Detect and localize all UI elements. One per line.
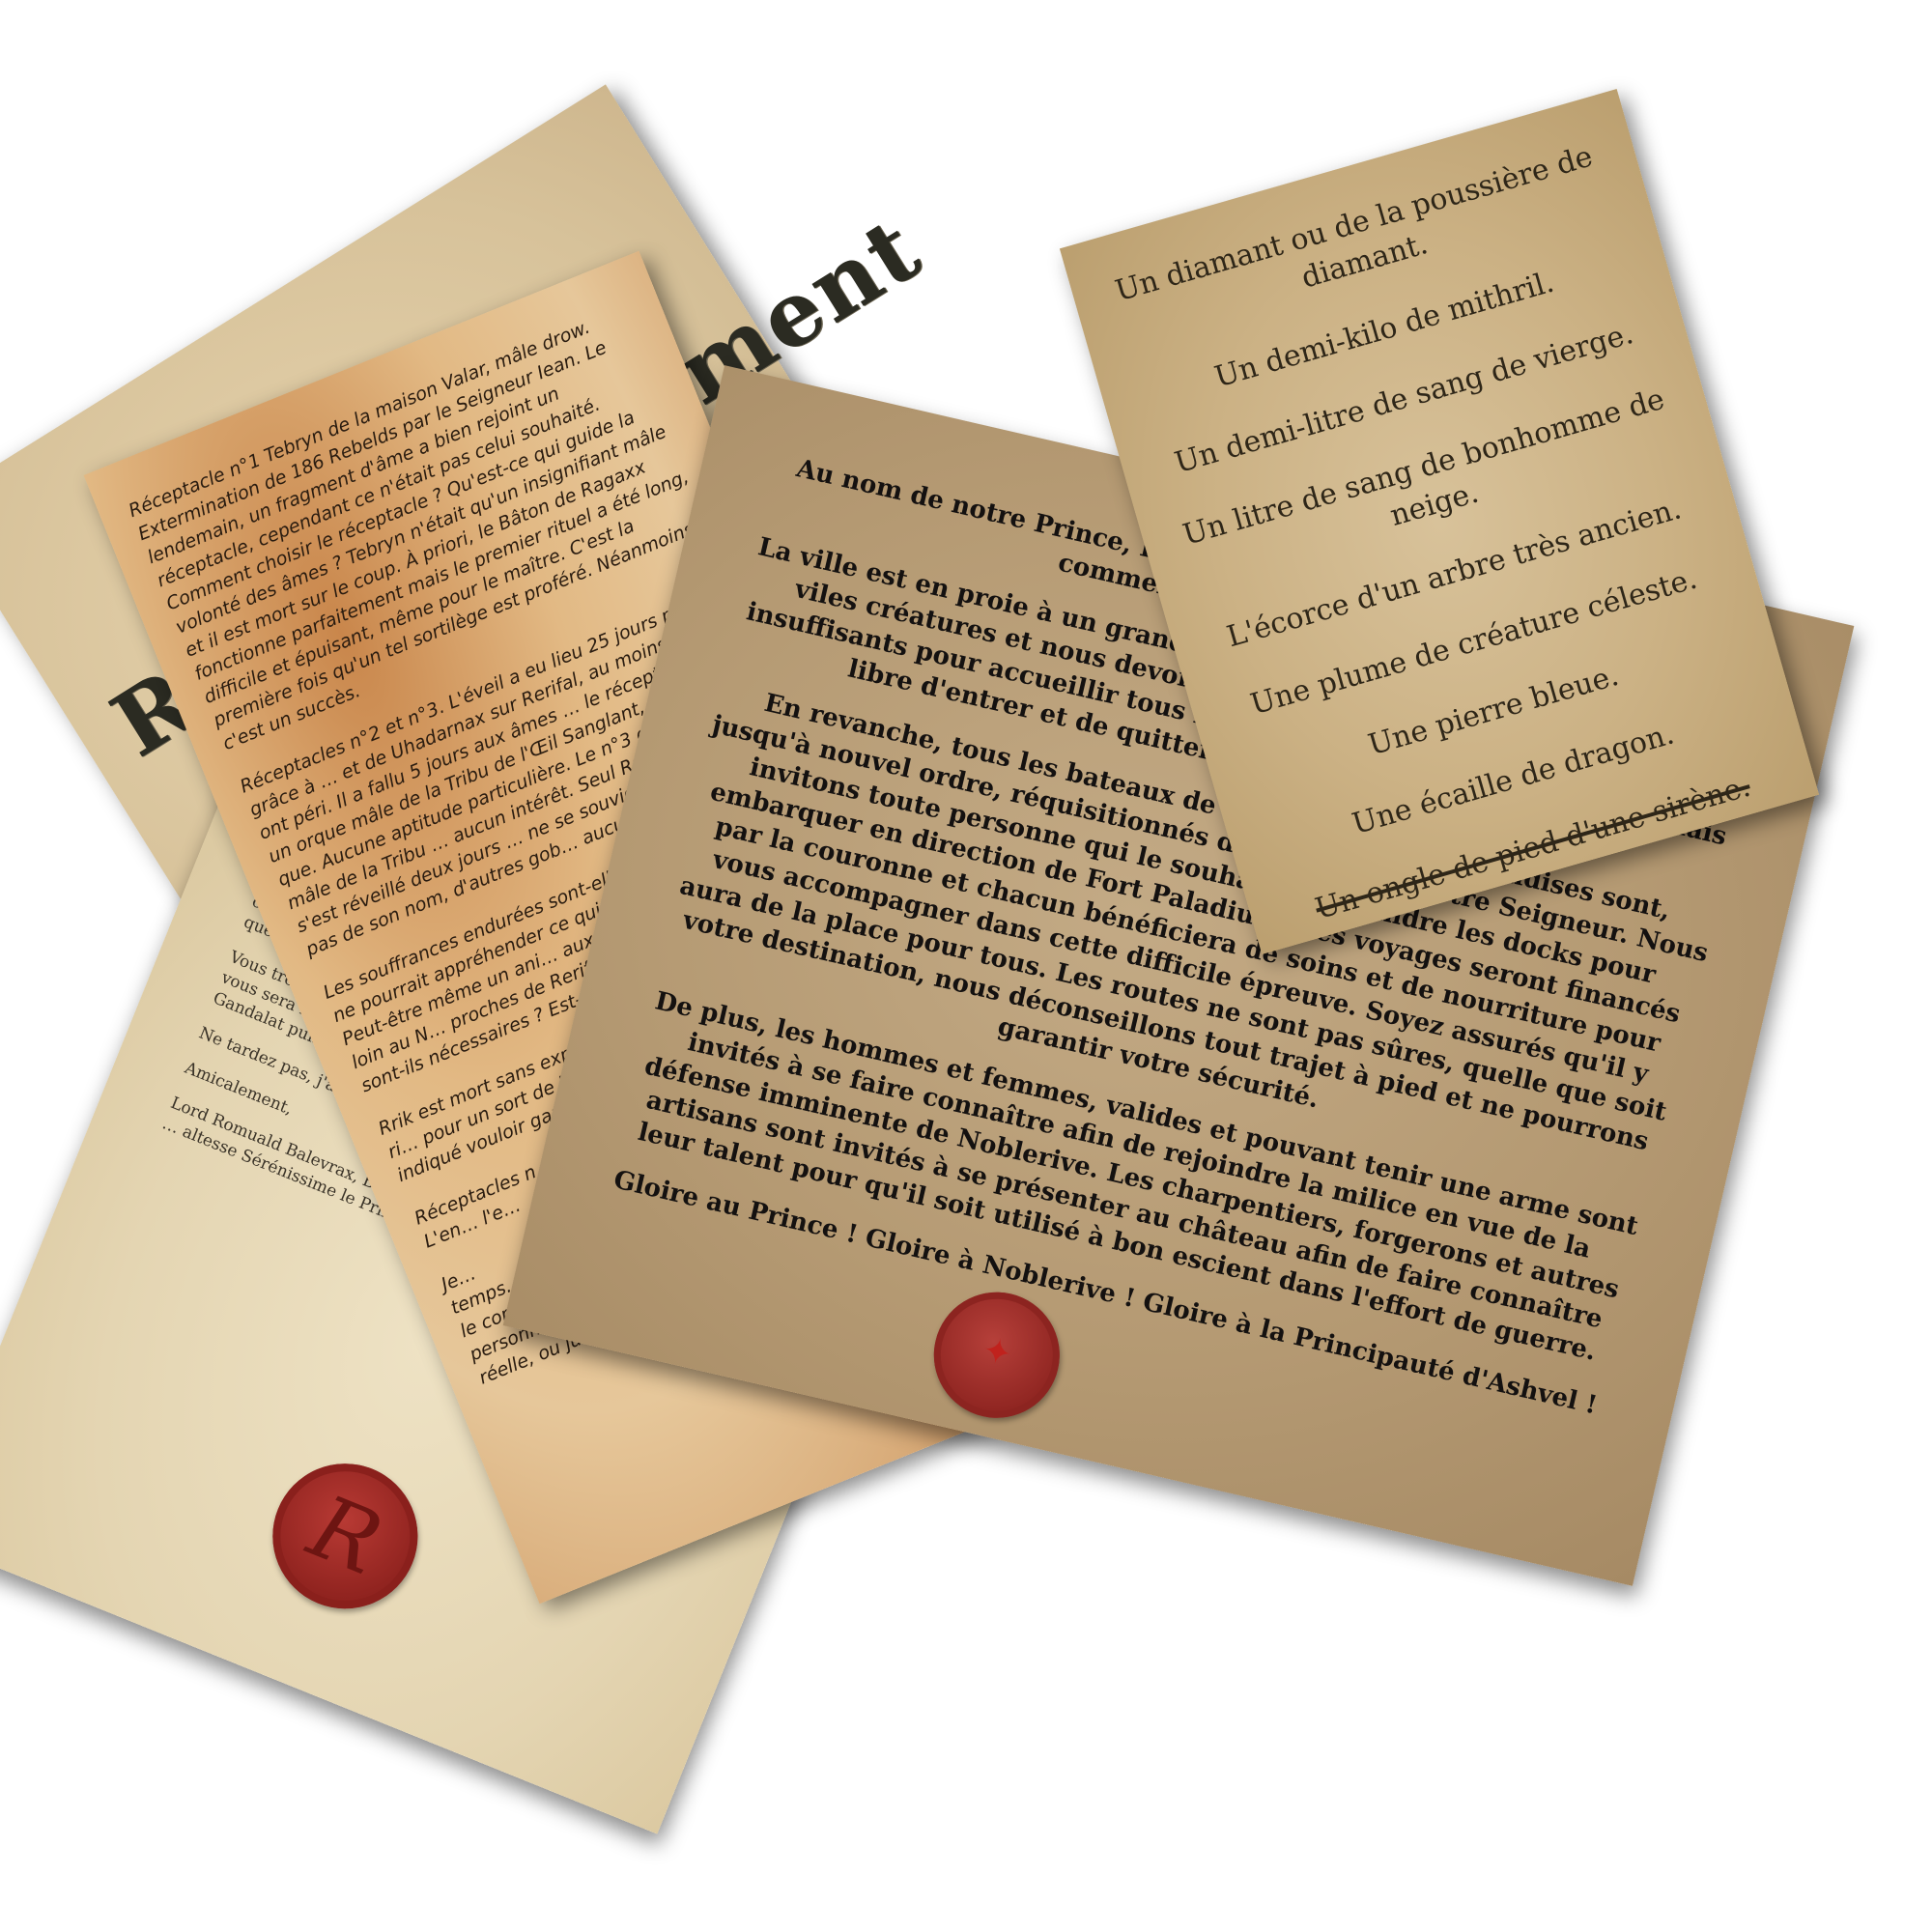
- wax-seal-r-icon: R: [251, 1442, 440, 1631]
- seal-letter: R: [259, 1462, 431, 1610]
- dragon-emblem-icon: ✦: [931, 1320, 1063, 1386]
